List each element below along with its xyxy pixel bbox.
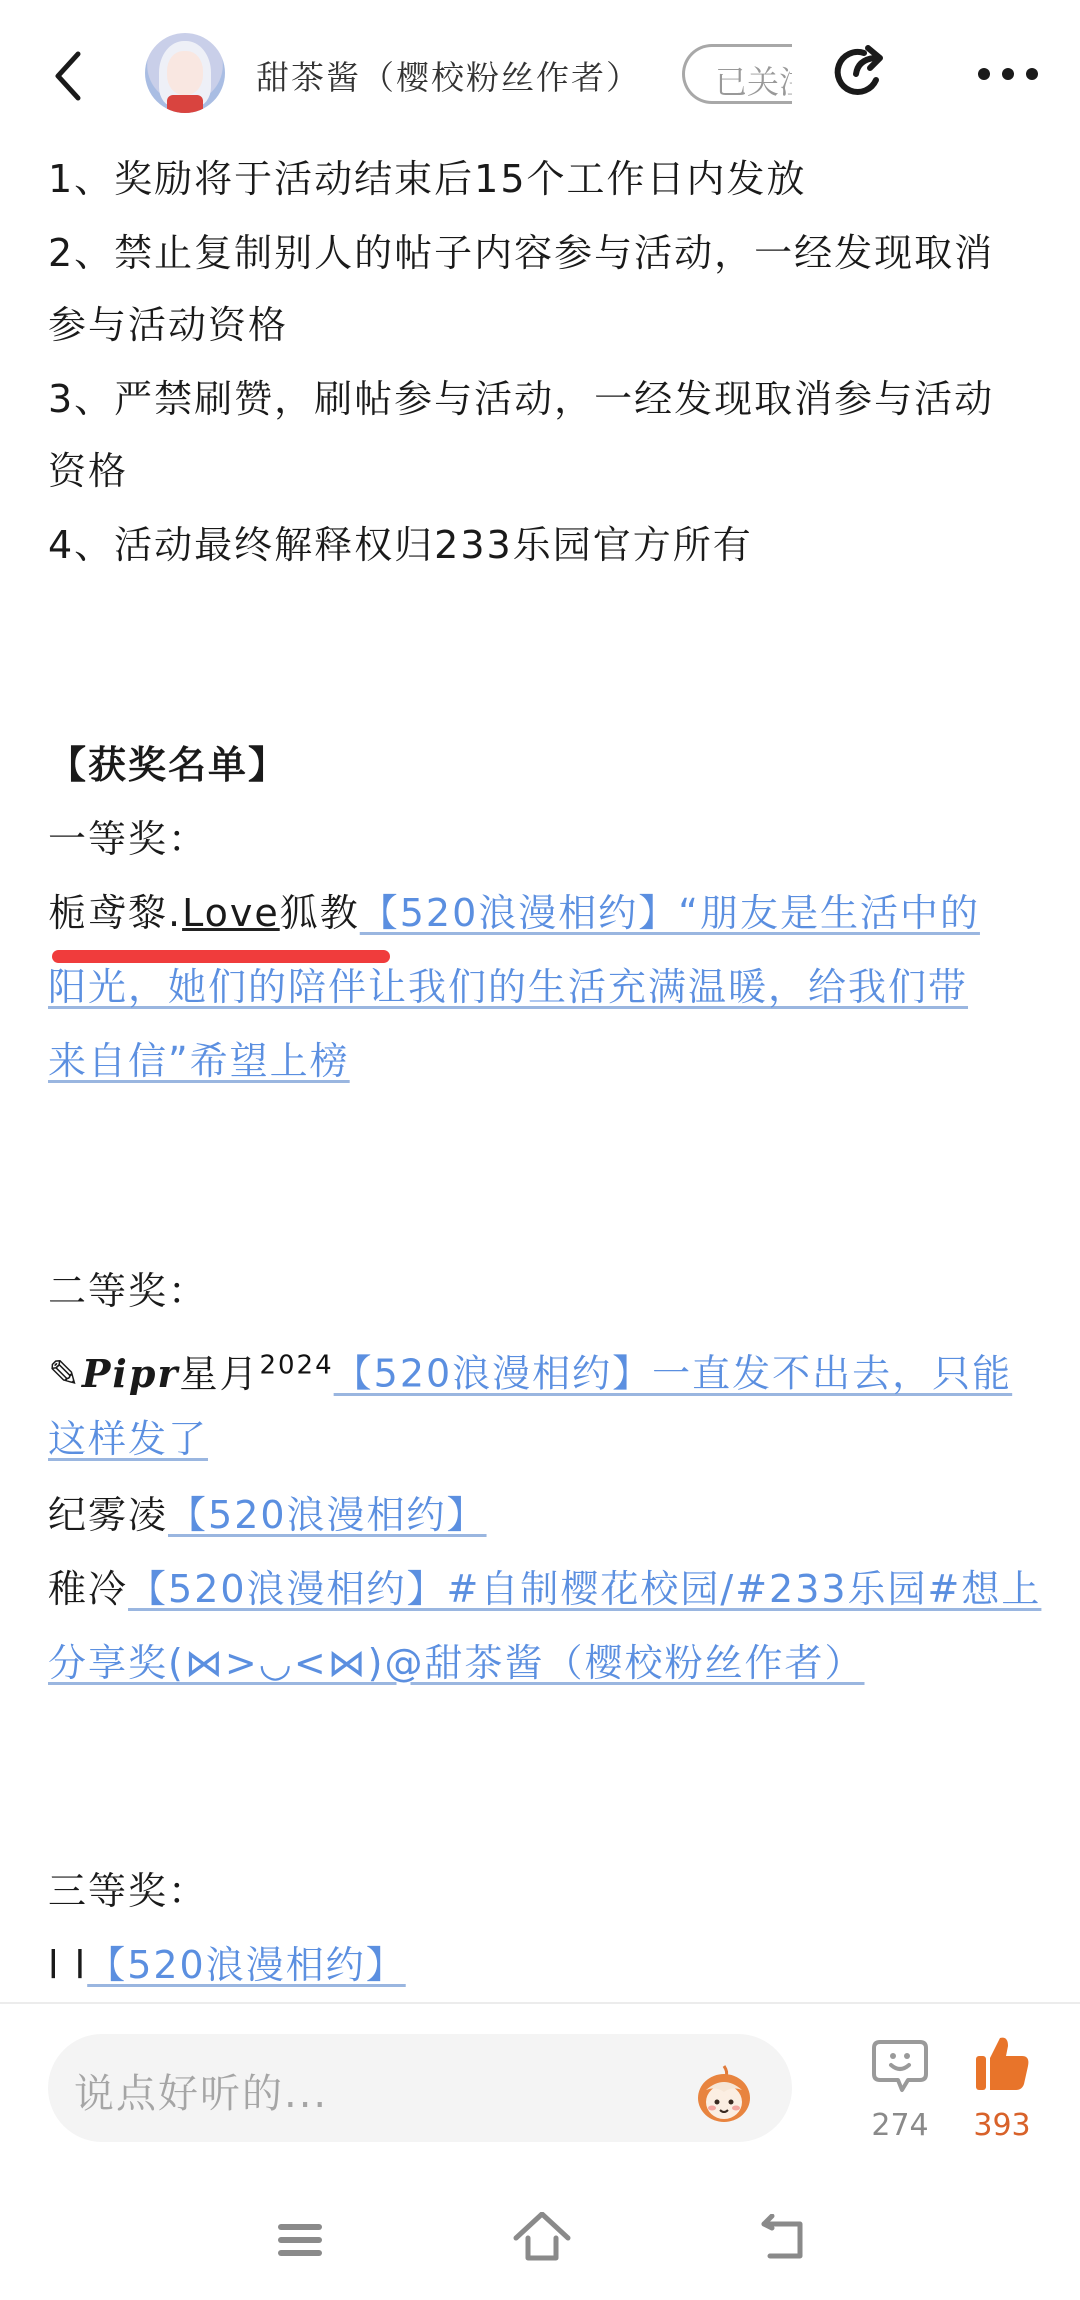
rule-line: 2、禁止复制别人的帖子内容参与活动，一经发现取消 [48,228,994,278]
post-link[interactable]: 【520浪漫相约】#自制樱花校园/#233乐园#想上 [128,1567,1041,1611]
post-link[interactable]: 分享奖(⋈>◡<⋈)@甜茶酱（樱校粉丝作者） [48,1638,865,1688]
menu-icon [276,2220,324,2260]
winner-user[interactable]: 栀鸢黎.Love狐教 [48,891,360,935]
more-dots-icon [976,62,1040,86]
follow-button[interactable]: 已关注 [682,44,792,104]
back-icon [758,2214,808,2262]
home-icon [512,2212,572,2262]
post-link[interactable]: 【520浪漫相约】“朋友是生活中的 [360,891,980,935]
nav-back-button[interactable] [758,2214,808,2262]
post-link[interactable]: 【520浪漫相约】一直发不出去，只能 [334,1352,1013,1396]
back-button[interactable] [44,48,94,104]
comment-input[interactable]: 说点好听的... [48,2034,792,2142]
like-button[interactable] [972,2034,1032,2094]
post-link[interactable]: 阳光，她们的陪伴让我们的生活充满温暖，给我们带 [48,962,968,1012]
winner-user[interactable]: 纪雾凌 [48,1493,168,1537]
share-button[interactable] [830,40,894,104]
divider [0,2002,1080,2004]
first-prize-label: 一等奖： [48,814,208,864]
like-count: 393 [972,2108,1032,2143]
more-options-button[interactable] [976,62,1040,86]
nav-home-button[interactable] [512,2212,572,2262]
winner-user[interactable]: l l [48,1943,87,1987]
second-prize-entry: 稚冷【520浪漫相约】#自制樱花校园/#233乐园#想上 [48,1564,1041,1614]
rule-line: 参与活动资格 [48,300,288,350]
comment-smile-icon [870,2036,930,2096]
rule-line: 3、严禁刷赞，刷帖参与活动，一经发现取消参与活动 [48,374,994,424]
post-link[interactable]: 这样发了 [48,1414,208,1464]
post-header: 甜茶酱（樱校粉丝作者） 已关注 [0,0,1080,150]
rule-line: 1、奖励将于活动结束后15个工作日内发放 [48,154,807,204]
winner-user[interactable]: 稚冷 [48,1567,128,1611]
pencil-icon: ✎ [48,1352,82,1396]
author-avatar[interactable] [145,33,225,113]
thumbs-up-icon [972,2034,1032,2094]
second-prize-entry: ✎Pipr星月2024【520浪漫相约】一直发不出去，只能 [48,1340,1012,1399]
share-icon [830,40,894,104]
first-prize-entry: 栀鸢黎.Love狐教【520浪漫相约】“朋友是生活中的 [48,888,980,938]
second-prize-label: 二等奖： [48,1266,208,1316]
chevron-left-icon [44,48,94,104]
third-prize-entry: l l【520浪漫相约】 [48,1940,406,1990]
follow-label: 已关注 [715,57,792,103]
rule-line: 资格 [48,446,128,496]
post-link[interactable]: 来自信”希望上榜 [48,1036,350,1086]
nav-menu-button[interactable] [276,2220,324,2260]
rule-line: 4、活动最终解释权归233乐园官方所有 [48,520,753,570]
red-highlight-mark [52,950,390,963]
post-link[interactable]: 【520浪漫相约】 [87,1943,406,1987]
second-prize-entry: 纪雾凌【520浪漫相约】 [48,1490,487,1540]
winners-title: 【获奖名单】 [48,740,288,790]
comment-placeholder: 说点好听的... [74,2062,328,2119]
author-name[interactable]: 甜茶酱（樱校粉丝作者） [256,52,641,99]
comment-count: 274 [870,2108,930,2143]
post-link[interactable]: 【520浪漫相约】 [168,1493,487,1537]
mascot-emoji-icon[interactable] [692,2062,756,2126]
winner-user[interactable]: ✎Pipr星月2024 [48,1352,334,1396]
third-prize-label: 三等奖： [48,1866,208,1916]
comment-button[interactable] [870,2036,930,2096]
